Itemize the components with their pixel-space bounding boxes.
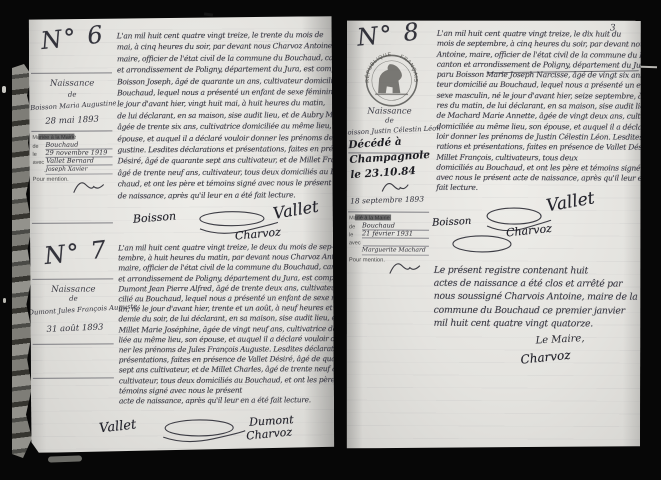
signature: Charvoz [246,425,293,442]
handwritten-line: commune du Bouchaud ce premier janvier [434,303,642,317]
birth-act-8-text: L'an mil huit cent quatre vingt treize, … [436,29,639,195]
republique-francaise-seal: RÉPUBLIQUE FRANÇAISE [363,51,421,109]
register-right-page: 3 N° 8 RÉPUBLIQUE FRANÇAISE Naissance de… [345,19,642,449]
marriage-mention-stamp: Marié à la Mairie deBouchaud le21 févrie… [349,215,429,279]
stamp-field-value: Marguerite Machard [362,246,429,255]
ink-speck [204,12,213,16]
margin-rule [33,343,114,344]
handwritten-line: et arrondissement de Poligny, départemen… [117,63,333,76]
act-type-label: Naissance [347,106,433,116]
act-de-label: de [30,294,116,303]
stamp-field-label: de [349,224,360,230]
handwritten-line: actes de naissance a été clos et arrêté … [434,277,642,291]
signature: Vallet [272,197,320,223]
death-mention-note: Décédé à Champagnole le 23.10.84 [348,133,431,183]
margin-rule [32,278,113,279]
seal-figure [378,64,402,93]
stamp-field-value: Joseph Xavier [46,165,113,174]
stamp-header: Mariée à la Mairie [32,134,112,141]
le-maire-label: Le Maire, [535,333,584,346]
act-person-name: Boisson Maria Augustine [30,99,117,112]
handwritten-line: nous soussigné Charvois Antoine, maire d… [434,290,642,304]
stamp-footer: Pour mention. [33,177,69,183]
birth-act-6-text: L'an mil huit cent quatre vingt treize, … [117,29,334,201]
act-number: N° 6 [39,20,106,55]
handwritten-line: Antoine, maire, officier de l'état civil… [437,49,639,60]
birth-act-7-text: L'an mil huit cent quatre vingt treize, … [118,242,334,407]
handwritten-line: mil huit cent quatre vingt quatorze. [434,317,642,331]
stamp-field-label: le [349,232,360,238]
act-type-label: Naissance [30,284,116,295]
signature-flourish [450,234,514,254]
torn-page-edge [12,64,32,458]
margin-rule [32,222,113,223]
handwritten-line: âgée de trente six ans, cultivatrice dom… [117,120,333,133]
register-closing-statement: Le présent registre contenant huitactes … [434,264,642,331]
handwritten-line: Le présent registre contenant huit [434,264,642,278]
handwritten-line: Millet François, cultivateurs, tous deux [436,152,638,163]
signature: Boisson [132,210,176,226]
stamp-field-value: Vallet Bernard [46,156,112,165]
scan-artifact-dash [641,66,657,69]
paraph-squiggle [388,258,422,280]
scanned-register-photo: N° 6 Naissance de Boisson Maria Augustin… [0,0,661,480]
stamp-field-label: de [32,144,43,150]
margin-rule [31,130,112,131]
act-type-label: Naissance [29,78,115,89]
handwritten-line: chaud, et ont les père et témoins signé … [118,177,334,190]
film-fleck [3,298,6,303]
act-date: 28 mai 1893 [45,115,99,127]
mayor-signature: Charvoz [520,348,571,367]
handwritten-line: fait lecture. [436,183,638,194]
act-number: N° 8 [356,19,422,51]
signature-scribble [161,417,247,444]
act-de-label: de [29,90,115,99]
margin-rule [31,72,112,73]
signature: Vallet [98,417,137,436]
stamp-field-value: 21 février 1931 [362,229,429,238]
handwritten-line: cultivateur, tous deux domiciliés au Bou… [119,375,334,387]
scan-streak [48,455,82,462]
film-fleck [2,86,6,93]
act-date: 18 septembre 1893 [350,194,424,205]
handwritten-line: teur domicilié au Bouchaud, lequel nous … [437,80,639,91]
handwritten-line: acte de naissance, après qu'il leur en a… [119,395,334,407]
act-date: 31 août 1893 [46,322,103,334]
stamp-field-label: avec [349,240,361,246]
stamp-header: Marié à la Mairie [349,215,429,222]
margin-rule [348,211,429,212]
register-left-page: N° 6 Naissance de Boisson Maria Augustin… [29,16,335,453]
paraph-squiggle [72,176,106,198]
act-number: N° 7 [43,235,110,270]
signature: Charvoz [234,225,281,242]
handwritten-line: rations et présentations, faites en prés… [436,142,638,153]
stamp-field-label: le [32,152,43,158]
signature: Boisson [432,216,472,229]
handwritten-line: mois de septembre, à cinq heures du soir… [437,39,639,50]
marriage-mention-stamp: Mariée à la Mairie deBouchaud le29 novem… [32,134,112,198]
handwritten-line: de Machard Marie Annette, âgée de vingt … [436,111,638,122]
stamp-footer: Pour mention. [349,257,385,263]
margin-rule [33,377,114,378]
act-de-label: de [346,116,432,124]
stamp-field-label: avec [33,160,45,166]
